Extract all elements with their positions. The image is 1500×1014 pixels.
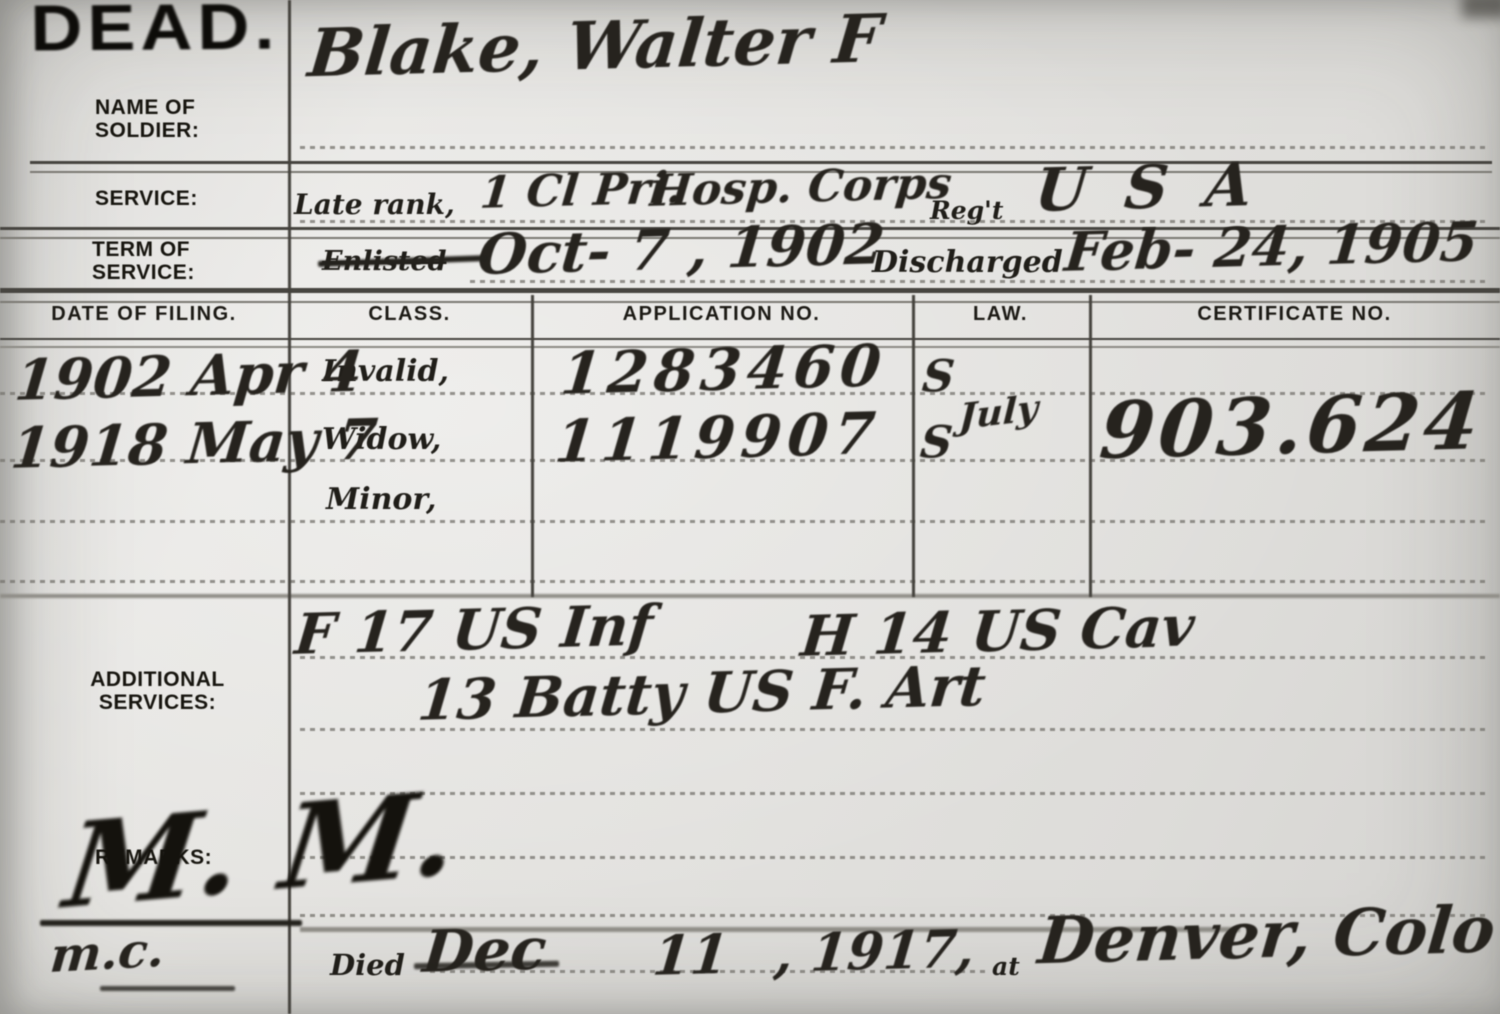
guide-dotted-line <box>300 856 1490 859</box>
table-column-rule <box>531 295 534 597</box>
table-dotted-line <box>0 580 1490 583</box>
col-header-law: LAW. <box>912 303 1089 326</box>
table-column-rule <box>912 295 915 597</box>
col-header-date-of-filing: DATE OF FILING. <box>0 303 288 326</box>
table-column-rule <box>1089 295 1092 597</box>
guide-dotted-line <box>300 146 1490 149</box>
law-note-row2: July <box>958 387 1039 438</box>
discharged-printed: Discharged <box>872 245 1063 280</box>
remarks-initials: M. M. <box>58 763 465 935</box>
additional-service-2: 13 Batty US F. Art <box>415 653 989 734</box>
term-of-service-label: TERM OF SERVICE: <box>92 238 212 284</box>
application-no-row2: 1119907 <box>552 400 884 476</box>
col-header-certificate-no: CERTIFICATE NO. <box>1089 303 1500 326</box>
note-strike <box>100 986 235 991</box>
law-row1: S <box>920 351 957 403</box>
unit-value: Hosp. Corps <box>648 158 954 217</box>
service-label: SERVICE: <box>95 187 198 210</box>
col-header-application-no: APPLICATION NO. <box>531 303 912 326</box>
enlisted-date-value: Oct- 7 , 1902 <box>475 211 887 288</box>
table-top-rule <box>0 288 1500 303</box>
filing-date-row1: 1902 Apr 4 <box>12 339 365 414</box>
at-printed: at <box>992 952 1020 981</box>
soldier-name-value: Blake, Walter F <box>305 0 885 92</box>
death-month: Dec <box>420 915 549 986</box>
filing-date-row2: 1918 May 7 <box>8 406 380 482</box>
died-printed: Died <box>330 948 405 982</box>
table-dotted-line <box>0 520 1490 523</box>
law-row2: S <box>918 417 955 469</box>
name-of-soldier-label: NAME OF SOLDIER: <box>95 96 217 142</box>
army-value: U S A <box>1032 150 1263 226</box>
death-day: 11 <box>650 922 732 988</box>
certificate-no-row2: 903.624 <box>1096 376 1487 477</box>
pension-index-card: DEAD. NAME OF SOLDIER: Blake, Walter F S… <box>0 0 1500 1014</box>
additional-services-label: ADDITIONAL SERVICES: <box>75 668 240 714</box>
class-row3: Minor, <box>326 482 437 517</box>
col-header-class: CLASS. <box>288 303 531 326</box>
remarks-underline <box>40 920 302 926</box>
dead-stamp: DEAD. <box>30 0 280 66</box>
additional-service-1a: F 17 US Inf <box>292 593 656 668</box>
application-no-row1: 1283460 <box>558 332 890 408</box>
late-rank-printed: Late rank, <box>294 188 455 221</box>
discharged-date-value: Feb- 24, 1905 <box>1062 209 1481 284</box>
scan-smudge <box>1462 0 1500 18</box>
guide-dotted-line <box>300 792 1490 795</box>
table-bottom-rule <box>0 594 1500 598</box>
death-year: , 1917, <box>772 919 978 985</box>
death-place: Denver, Colo <box>1035 892 1498 979</box>
